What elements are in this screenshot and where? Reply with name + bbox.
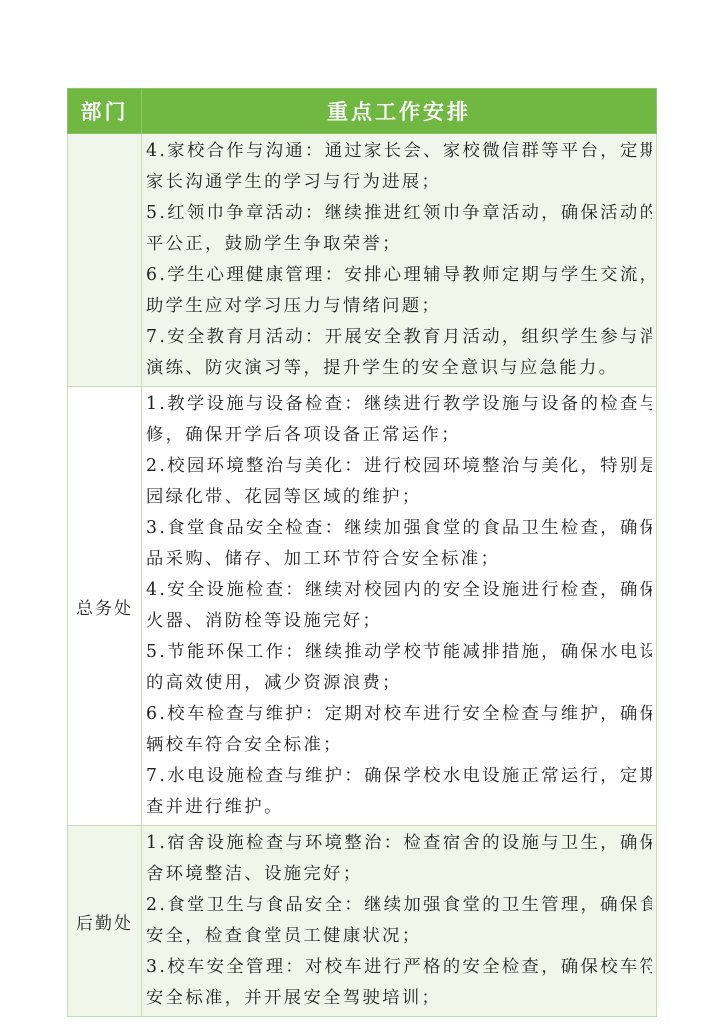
department-cell: 后勤处: [68, 826, 142, 1017]
header-department: 部门: [68, 89, 142, 134]
content-line: 6.校车检查与维护：定期对校车进行安全检查与维护，确保每: [146, 699, 652, 730]
content-line: 1.宿舍设施检查与环境整治：检查宿舍的设施与卫生，确保宿: [146, 828, 652, 859]
content-line: 5.红领巾争章活动：继续推进红领巾争章活动，确保活动的公: [146, 198, 652, 229]
department-cell: 总务处: [68, 387, 142, 826]
table-row: 总务处 1.教学设施与设备检查：继续进行教学设施与设备的检查与维 修，确保开学后…: [68, 387, 657, 826]
content-line: 1.教学设施与设备检查：继续进行教学设施与设备的检查与维: [146, 389, 652, 420]
content-line: 辆校车符合安全标准；: [146, 730, 652, 761]
content-line: 品采购、储存、加工环节符合安全标准；: [146, 544, 652, 575]
work-plan-table: 部门 重点工作安排 4.家校合作与沟通：通过家长会、家校微信群等平台，定期与 家…: [67, 88, 657, 1017]
content-line: 7.安全教育月活动：开展安全教育月活动，组织学生参与消防: [146, 322, 652, 353]
content-line: 家长沟通学生的学习与行为进展；: [146, 167, 652, 198]
content-line: 安全标准，并开展安全驾驶培训；: [146, 983, 652, 1014]
table-header-row: 部门 重点工作安排: [68, 89, 657, 134]
content-line: 演练、防灾演习等，提升学生的安全意识与应急能力。: [146, 353, 652, 384]
table-row: 后勤处 1.宿舍设施检查与环境整治：检查宿舍的设施与卫生，确保宿 舍环境整洁、设…: [68, 826, 657, 1017]
content-line: 4.安全设施检查：继续对校园内的安全设施进行检查，确保灭: [146, 575, 652, 606]
content-line: 园绿化带、花园等区域的维护；: [146, 482, 652, 513]
content-line: 安全，检查食堂员工健康状况；: [146, 921, 652, 952]
content-line: 4.家校合作与沟通：通过家长会、家校微信群等平台，定期与: [146, 136, 652, 167]
content-line: 平公正，鼓励学生争取荣誉；: [146, 229, 652, 260]
work-content-cell: 1.教学设施与设备检查：继续进行教学设施与设备的检查与维 修，确保开学后各项设备…: [142, 387, 657, 826]
content-line: 2.食堂卫生与食品安全：继续加强食堂的卫生管理，确保食品: [146, 890, 652, 921]
header-work-plan: 重点工作安排: [142, 89, 657, 134]
content-line: 3.校车安全管理：对校车进行严格的安全检查，确保校车符合: [146, 952, 652, 983]
content-line: 舍环境整洁、设施完好；: [146, 859, 652, 890]
content-line: 5.节能环保工作：继续推动学校节能减排措施，确保水电设施: [146, 637, 652, 668]
department-cell: [68, 134, 142, 387]
work-content-cell: 4.家校合作与沟通：通过家长会、家校微信群等平台，定期与 家长沟通学生的学习与行…: [142, 134, 657, 387]
table-row: 4.家校合作与沟通：通过家长会、家校微信群等平台，定期与 家长沟通学生的学习与行…: [68, 134, 657, 387]
content-line: 的高效使用，减少资源浪费；: [146, 668, 652, 699]
content-line: 3.食堂食品安全检查：继续加强食堂的食品卫生检查，确保食: [146, 513, 652, 544]
content-line: 火器、消防栓等设施完好；: [146, 606, 652, 637]
content-line: 修，确保开学后各项设备正常运作；: [146, 420, 652, 451]
content-line: 7.水电设施检查与维护：确保学校水电设施正常运行，定期检: [146, 761, 652, 792]
content-line: 助学生应对学习压力与情绪问题；: [146, 291, 652, 322]
work-content-cell: 1.宿舍设施检查与环境整治：检查宿舍的设施与卫生，确保宿 舍环境整洁、设施完好；…: [142, 826, 657, 1017]
content-line: 6.学生心理健康管理：安排心理辅导教师定期与学生交流，帮: [146, 260, 652, 291]
content-line: 2.校园环境整治与美化：进行校园环境整治与美化，特别是校: [146, 451, 652, 482]
content-line: 查并进行维护。: [146, 792, 652, 823]
